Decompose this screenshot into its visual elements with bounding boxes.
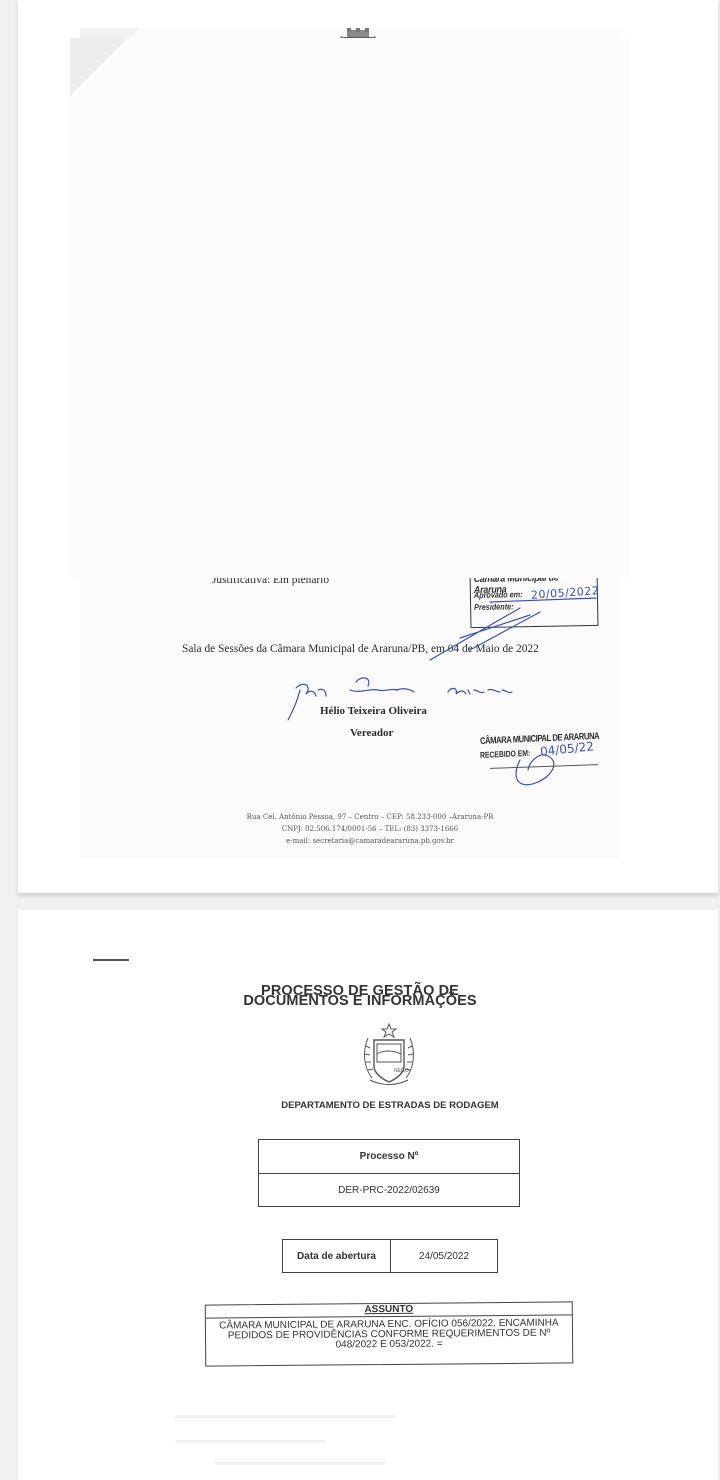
process-number-box: Processo Nº DER-PRC-2022/02639 [258, 1139, 520, 1207]
bleed-through-line [175, 1440, 325, 1443]
scan-mark [93, 959, 129, 961]
subject-box: ASSUNTO CÂMARA MUNICIPAL DE ARARUNA ENC.… [205, 1301, 574, 1366]
subject-box-text: CÂMARA MUNICIPAL DE ARARUNA ENC. OFÍCIO … [206, 1315, 572, 1351]
approval-stamp: Câmara Municipal de Araruna Aprovado em:… [470, 570, 599, 628]
process-number-value: DER-PRC-2022/02639 [259, 1174, 519, 1206]
department-name: DEPARTAMENTO DE ESTRADAS DE RODAGEM [0, 1100, 720, 1111]
signatory-name: Hélio Teixeira Oliveira [320, 705, 427, 717]
footer-address: Rua Cel. Antônio Pessoa, 97 – Centro – C… [200, 813, 540, 821]
process-title-line2: DOCUMENTOS E INFORMAÇÕES [0, 993, 720, 1009]
opening-date-label: Data de abertura [283, 1240, 391, 1272]
opening-date-box: Data de abertura 24/05/2022 [282, 1239, 498, 1273]
bleed-through-line [215, 1462, 385, 1465]
footer-email: e-mail: secretaria@camaradeararuna.pb.go… [200, 837, 540, 845]
signatory-role: Vereador [350, 727, 393, 739]
session-date-line: Sala de Sessões da Câmara Municipal de A… [182, 643, 539, 655]
svg-text:NEGO: NEGO [394, 1068, 409, 1074]
approval-stamp-president-label: Presidente: [474, 601, 514, 612]
approval-stamp-approved-label: Aprovado em: [474, 589, 523, 600]
footer-contact: CNPJ: 02.506.174/0001-56 – TEL: (83) 337… [200, 825, 540, 833]
process-number-label: Processo Nº [259, 1140, 519, 1174]
opening-date-value: 24/05/2022 [391, 1240, 497, 1272]
scanned-paper-2 [70, 38, 630, 578]
paraiba-coat-of-arms-icon: NEGO [358, 1022, 420, 1088]
bleed-through-line [175, 1415, 395, 1418]
